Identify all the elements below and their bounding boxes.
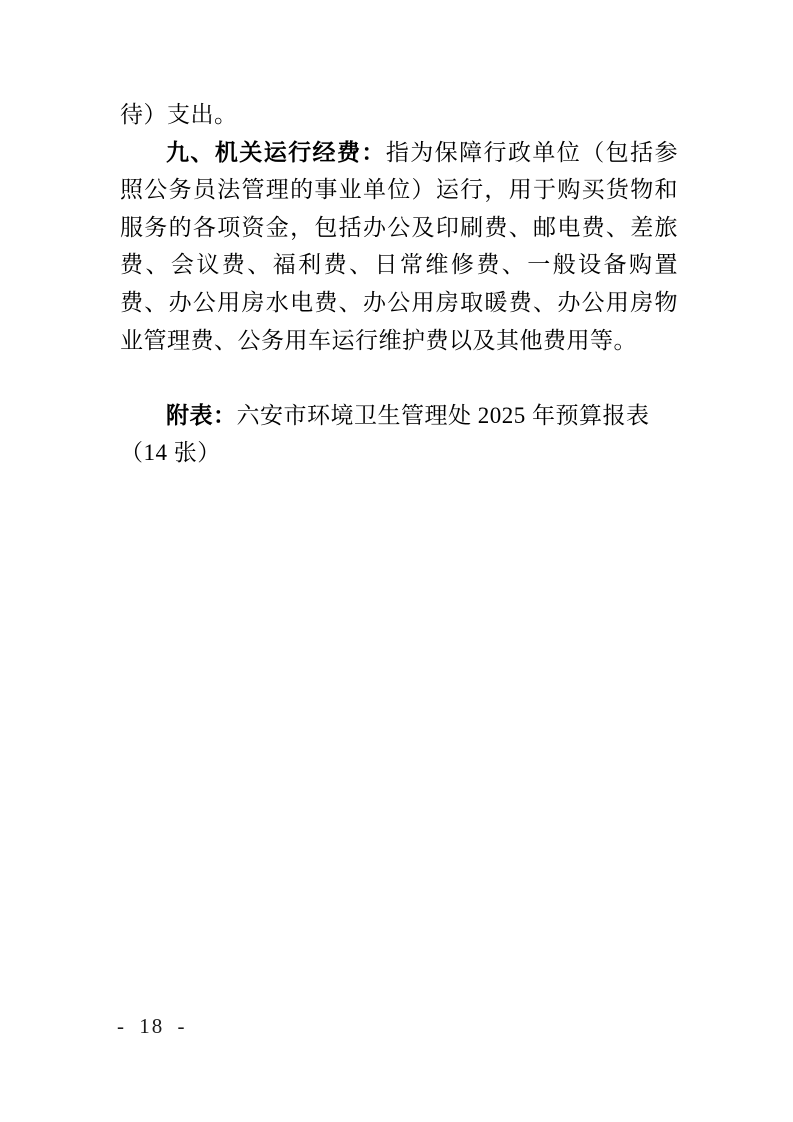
attachment-note: 附表：六安市环境卫生管理处 2025 年预算报表（14 张） (120, 397, 678, 472)
section-heading: 九、机关运行经费： (166, 139, 386, 165)
section-body-text: 指为保障行政单位（包括参照公务员法管理的事业单位）运行，用于购买货物和服务的各项… (120, 140, 678, 353)
page-number: - 18 - (117, 1012, 187, 1040)
document-page: 待）支出。 九、机关运行经费：指为保障行政单位（包括参照公务员法管理的事业单位）… (0, 0, 793, 1122)
attachment-label: 附表： (166, 402, 237, 428)
body-text: 待）支出。 九、机关运行经费：指为保障行政单位（包括参照公务员法管理的事业单位）… (120, 96, 678, 472)
paragraph-continuation: 待）支出。 (120, 96, 678, 134)
section-paragraph: 九、机关运行经费：指为保障行政单位（包括参照公务员法管理的事业单位）运行，用于购… (120, 134, 678, 360)
paragraph-continuation-text: 待）支出。 (120, 102, 238, 127)
